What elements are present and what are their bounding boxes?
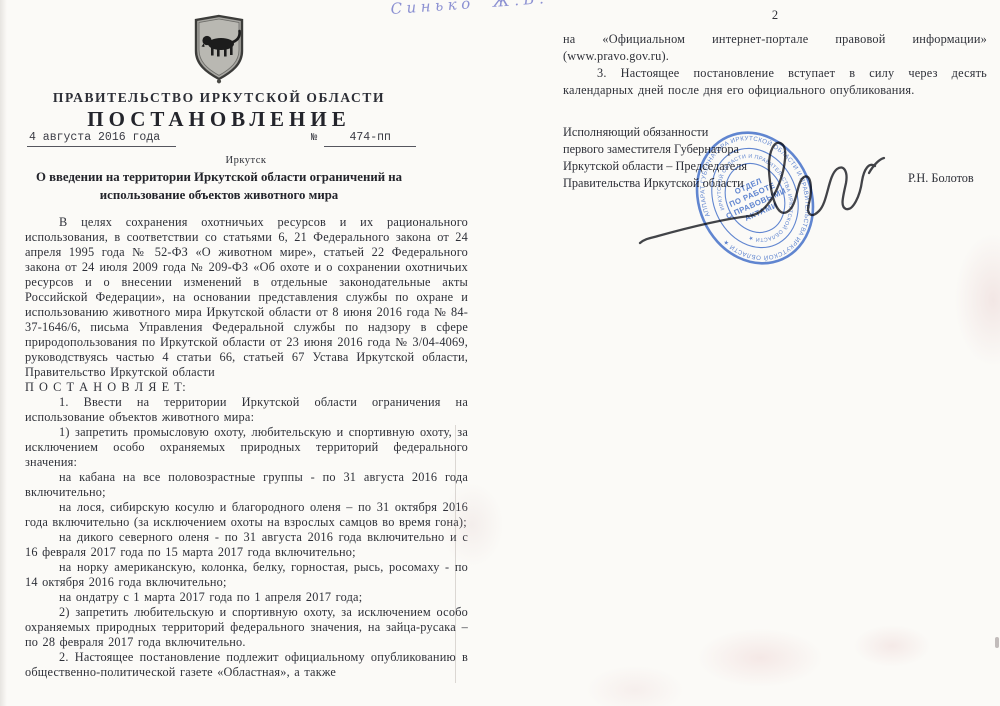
page1-header: ПРАВИТЕЛЬСТВО ИРКУТСКОЙ ОБЛАСТИ ПОСТАНОВ… — [0, 13, 438, 132]
paragraph-reindeer: на дикого северного оленя - по 31 август… — [25, 530, 468, 560]
number-sign-label: № — [311, 132, 317, 144]
page2-body: на «Официальном интернет-портале правово… — [563, 31, 987, 99]
paragraph-muskrat: на ондатру с 1 марта 2017 года по 1 апре… — [25, 590, 468, 605]
paragraph-resolves: П О С Т А Н О В Л Я Е Т: — [25, 380, 468, 395]
document-date: 4 августа 2016 года — [27, 131, 176, 147]
document-number: 474-пп — [324, 131, 416, 147]
page-number: 2 — [563, 8, 987, 23]
coat-of-arms-icon — [191, 13, 247, 85]
paragraph-mink: на норку американскую, колонка, белку, г… — [25, 560, 468, 590]
paragraph-boar: на кабана на все половозрастные группы -… — [25, 470, 468, 500]
document-type-heading: ПОСТАНОВЛЕНИЕ — [0, 107, 438, 132]
paragraph-elk-deer: на лося, сибирскую косулю и благородного… — [25, 500, 468, 530]
page1-body: В целях сохранения охотничьих ресурсов и… — [25, 215, 468, 680]
document-title: О введении на территории Иркутской облас… — [13, 168, 425, 204]
paragraph-item-1-1: 1) запретить промысловую охоту, любитель… — [25, 425, 468, 470]
paragraph-preamble: В целях сохранения охотничьих ресурсов и… — [25, 215, 468, 380]
paragraph-publication-continued: на «Официальном интернет-портале правово… — [563, 31, 987, 65]
scanned-document: Синько Ж.В. ПРАВИТЕЛЬСТВО ИРКУТСКОЙ ОБЛА… — [0, 0, 1000, 706]
document-number-group: № 474-пп — [311, 131, 416, 147]
handwritten-signature — [622, 118, 887, 303]
issuing-authority: ПРАВИТЕЛЬСТВО ИРКУТСКОЙ ОБЛАСТИ — [0, 90, 438, 106]
issue-city: Иркутск — [25, 155, 467, 166]
paragraph-item-2: 2) запретить любительскую и спортивную о… — [25, 605, 468, 650]
date-number-row: 4 августа 2016 года № 474-пп — [25, 131, 467, 149]
scan-edge-mark — [995, 637, 999, 648]
signatory-name: Р.Н. Болотов — [908, 171, 974, 186]
paragraph-item-1: 1. Ввести на территории Иркутской област… — [25, 395, 468, 425]
paragraph-publication: 2. Настоящее постановление подлежит офиц… — [25, 650, 468, 680]
paragraph-entry-into-force: 3. Настоящее постановление вступает в си… — [563, 65, 987, 99]
